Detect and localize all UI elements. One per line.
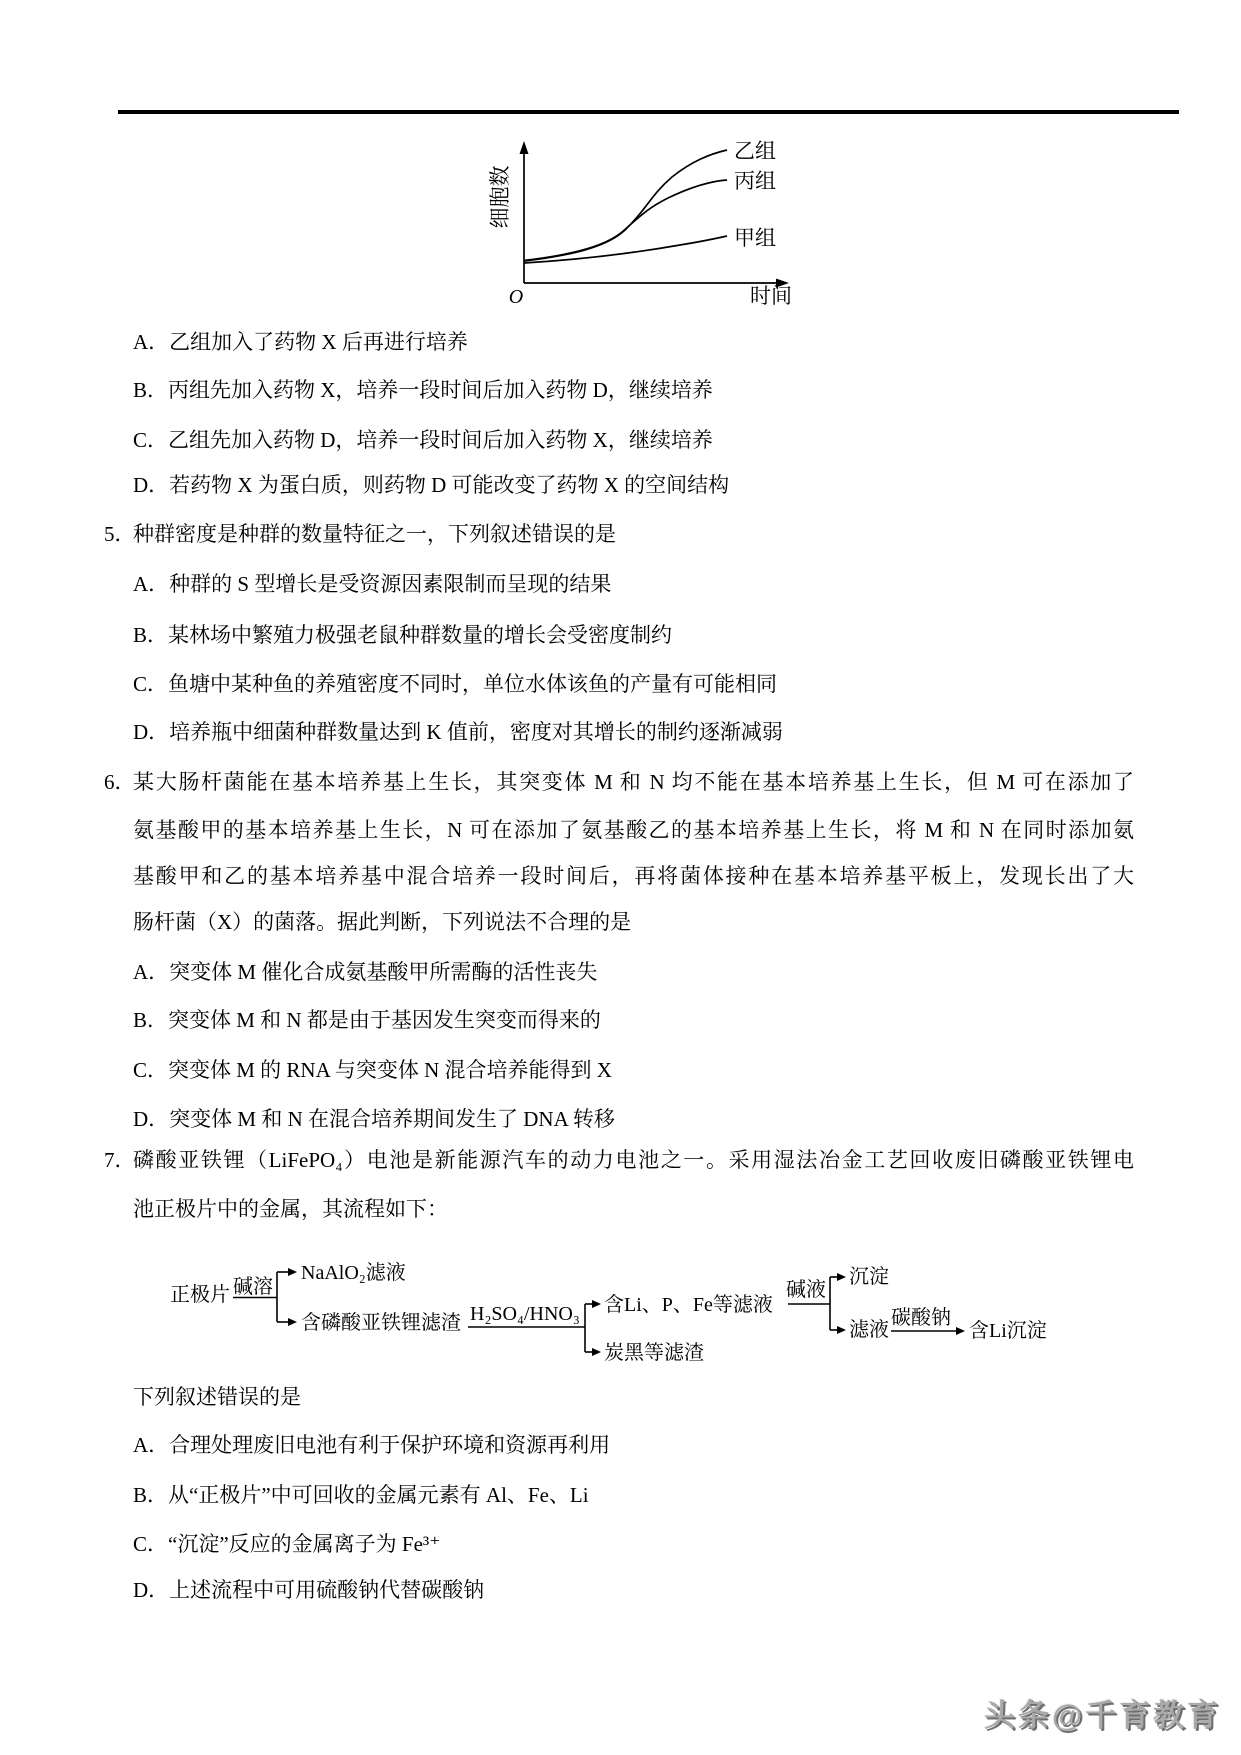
flow-arrowhead-residue-icon [288,1318,297,1326]
watermark: 头条@千育教育 [984,1690,1221,1735]
q6-stem-line-2: 氨基酸甲的基本培养基上生长，N 可在添加了氨基酸乙的基本培养基上生长，将 M 和… [133,818,1134,843]
q6-option-c: C．突变体 M 的 RNA 与突变体 N 混合培养能得到 X [133,1058,612,1083]
q7-option-c: C．“沉淀”反应的金属离子为 Fe³⁺ [133,1532,440,1557]
q5-option-c: C．鱼塘中某种鱼的养殖密度不同时，单位水体该鱼的产量有可能相同 [133,672,777,697]
q6-stem-line-4: 肠杆菌（X）的菌落。据此判断，下列说法不合理的是 [133,910,631,935]
q5-option-b: B．某林场中繁殖力极强老鼠种群数量的增长会受密度制约 [133,623,672,648]
curve-group-yi [524,150,727,261]
flow-arrowhead-li-precipitate-icon [956,1327,965,1335]
curve-group-jia [524,236,727,263]
q5-number: 5． [104,522,136,547]
q7-stem-line-2: 池正极片中的金属，其流程如下： [133,1197,448,1222]
q7-number: 7． [104,1148,136,1173]
flow-node-li-p-fe-filtrate: 含Li、P、Fe等滤液 [604,1294,773,1316]
flow-node-naalo2: NaAlO₂滤液 [301,1262,406,1284]
q6-option-a: A．突变体 M 催化合成氨基酸甲所需酶的活性丧失 [133,960,597,985]
flow-edge-alkali-liquid: 碱液 [786,1279,826,1301]
exam-page: 细胞数 O 时间 乙组 丙组 甲组 A．乙组加入了药物 X 后再进行培养 B．丙… [0,0,1241,1755]
growth-chart: 细胞数 O 时间 乙组 丙组 甲组 [430,115,820,320]
q7-option-a: A．合理处理废旧电池有利于保护环境和资源再利用 [133,1433,610,1458]
q4-option-a: A．乙组加入了药物 X 后再进行培养 [133,330,468,355]
q4-option-d: D．若药物 X 为蛋白质，则药物 D 可能改变了药物 X 的空间结构 [133,473,729,498]
flow-arrowhead-precipitate-icon [837,1273,846,1281]
q7-stem-line-1: 磷酸亚铁锂（LiFePO₄）电池是新能源汽车的动力电池之一。采用湿法冶金工艺回收… [133,1148,1134,1173]
chart-y-label: 细胞数 [488,166,512,229]
flow-edge-sodium-carbonate: 碳酸钠 [891,1307,951,1329]
chart-origin-label: O [509,286,523,308]
curve-label-bing: 丙组 [734,169,776,193]
flow-arrowhead-filtrate-icon [837,1326,846,1334]
flow-node-precipitate: 沉淀 [849,1266,889,1288]
flow-arrowhead-filtrate-lipfe-icon [592,1300,601,1308]
q5-option-a: A．种群的 S 型增长是受资源因素限制而呈现的结果 [133,572,611,597]
flow-node-li-precipitate: 含Li沉淀 [969,1320,1047,1342]
q6-option-d: D．突变体 M 和 N 在混合培养期间发生了 DNA 转移 [133,1107,615,1132]
q4-option-c: C．乙组先加入药物 D，培养一段时间后加入药物 X，继续培养 [133,428,713,453]
y-axis-arrow-icon [520,141,529,154]
flow-arrowhead-naalo2-icon [288,1268,297,1276]
flow-node-cathode: 正极片 [170,1284,230,1306]
flow-node-filtrate: 滤液 [849,1319,889,1341]
curve-label-jia: 甲组 [734,226,776,250]
flow-edge-acid: H₂SO₄/HNO₃ [470,1303,580,1325]
flow-node-lifepo4-residue: 含磷酸亚铁锂滤渣 [301,1312,461,1334]
flow-edge-alkali-dissolve: 碱溶 [233,1276,273,1298]
chart-x-label: 时间 [750,284,792,308]
header-rule [118,110,1179,114]
q5-stem: 种群密度是种群的数量特征之一，下列叙述错误的是 [133,522,616,547]
q7-prompt: 下列叙述错误的是 [133,1385,301,1410]
q7-option-d: D．上述流程中可用硫酸钠代替碳酸钠 [133,1578,484,1603]
curve-group-bing [524,180,727,261]
q7-option-b: B．从“正极片”中可回收的金属元素有 Al、Fe、Li [133,1483,589,1508]
curve-label-yi: 乙组 [734,139,776,163]
q6-stem-line-3: 基酸甲和乙的基本培养基中混合培养一段时间后，再将菌体接种在基本培养基平板上，发现… [133,864,1134,889]
q5-option-d: D．培养瓶中细菌种群数量达到 K 值前，密度对其增长的制约逐渐减弱 [133,720,783,745]
q6-stem-line-1: 某大肠杆菌能在基本培养基上生长，其突变体 M 和 N 均不能在基本培养基上生长，… [133,770,1134,795]
q4-option-b: B．丙组先加入药物 X，培养一段时间后加入药物 D，继续培养 [133,378,713,403]
q6-option-b: B．突变体 M 和 N 都是由于基因发生突变而得来的 [133,1008,601,1033]
flow-arrowhead-carbon-icon [592,1348,601,1356]
q6-number: 6． [104,770,136,795]
flow-node-carbon-residue: 炭黑等滤渣 [604,1342,704,1364]
